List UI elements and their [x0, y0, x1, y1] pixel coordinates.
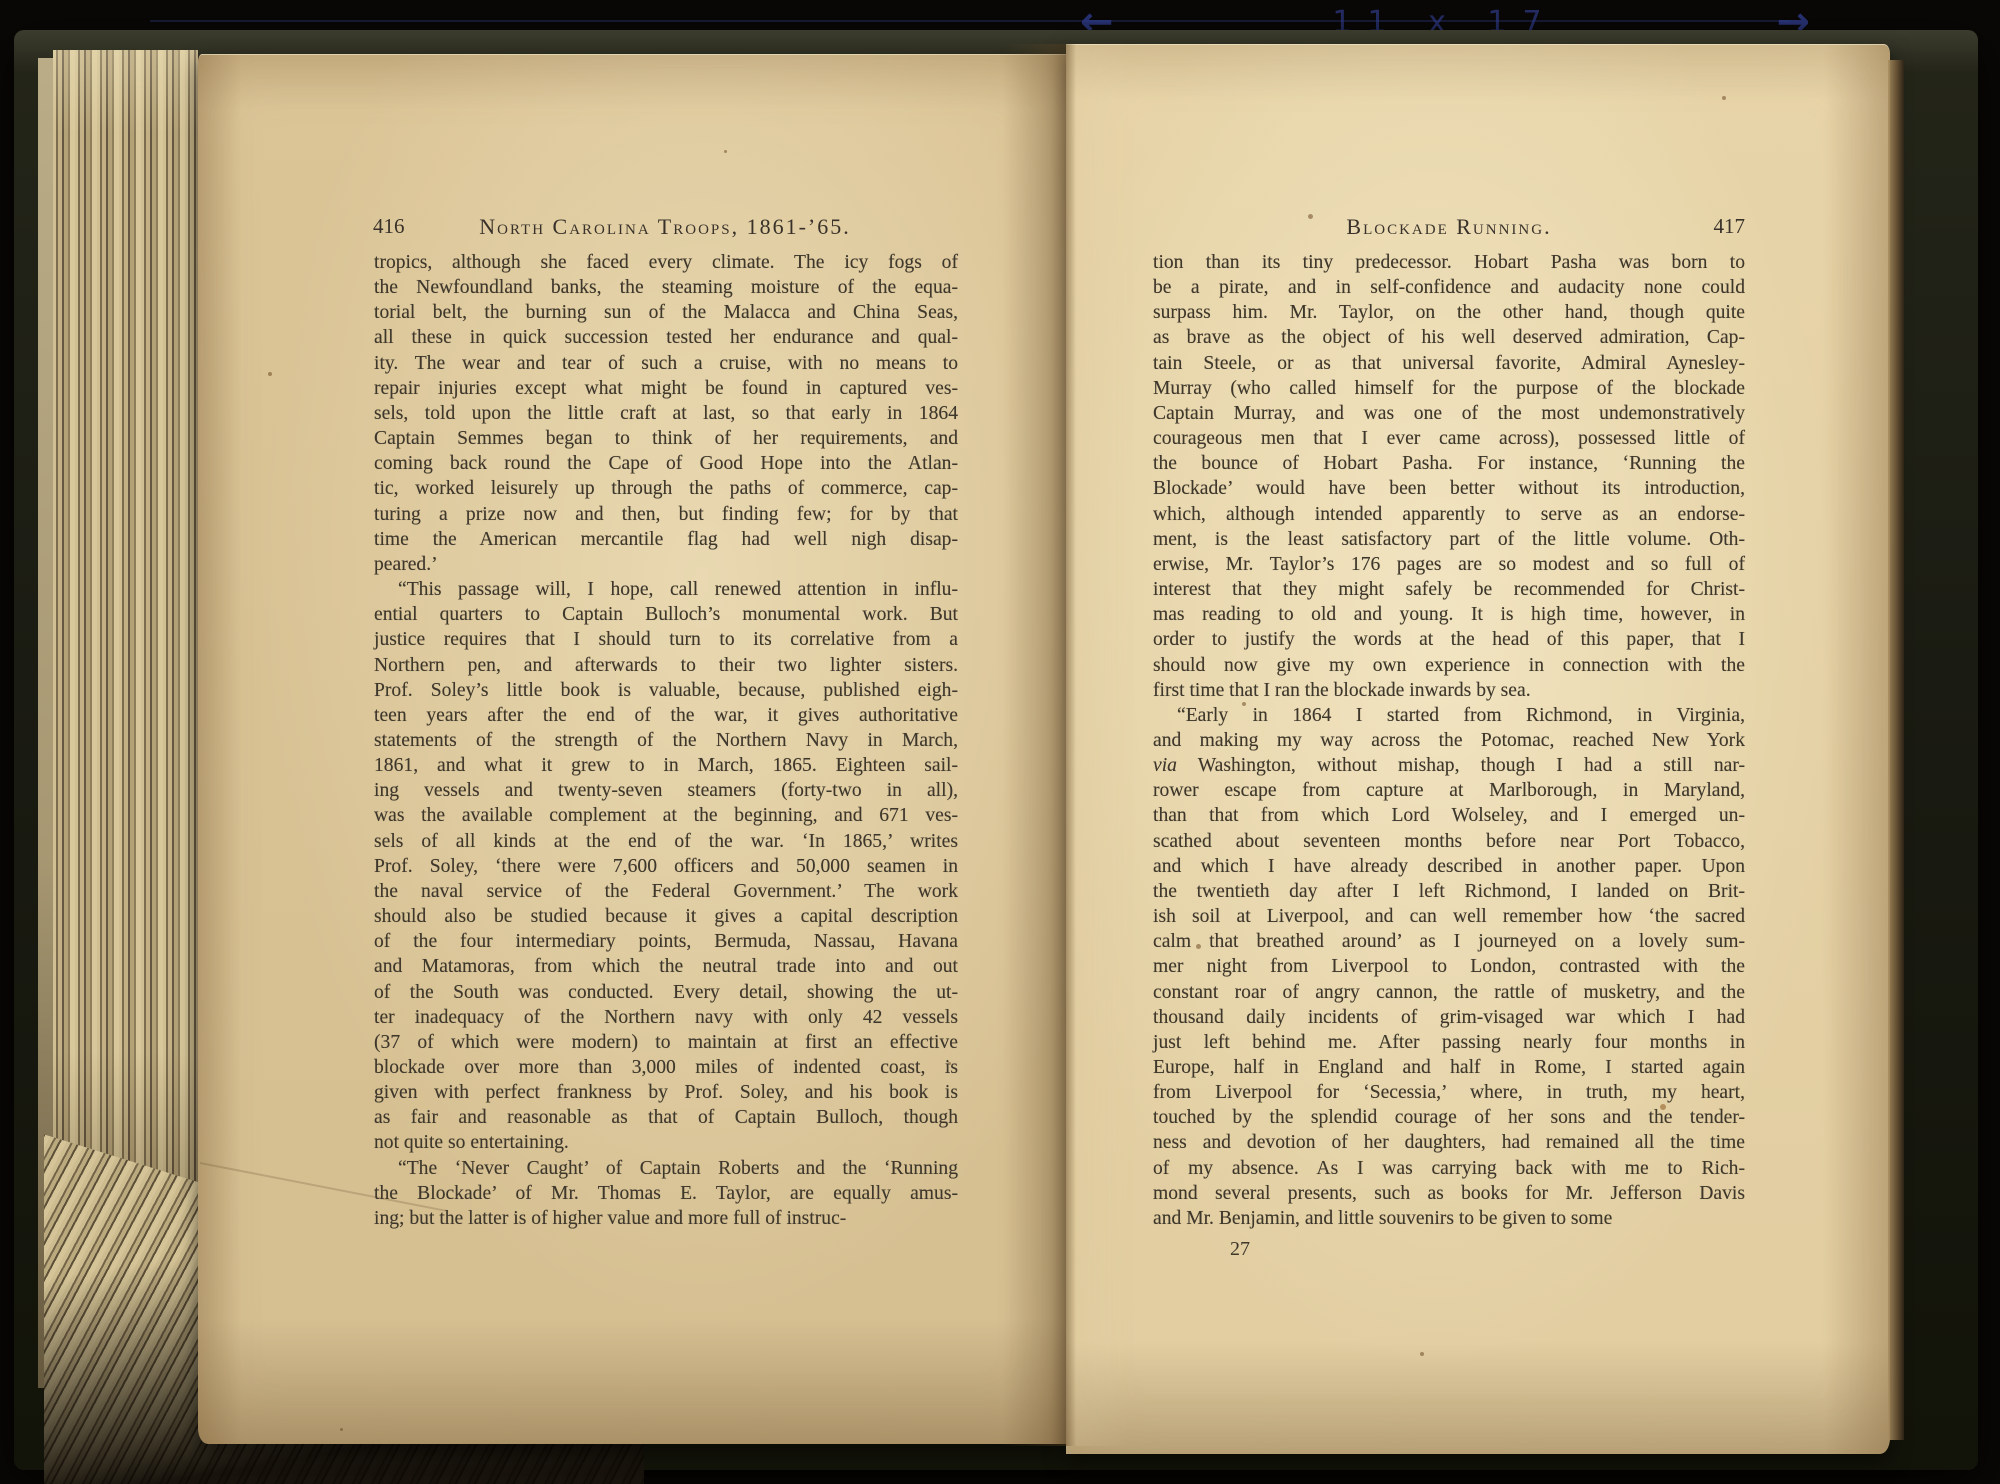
text-line: ment, is the least satisfactory part of … — [1153, 527, 1745, 552]
text-line: all these in quick succession tested her… — [374, 325, 958, 350]
text-line: Blockade’ would have been better without… — [1153, 476, 1745, 501]
text-line: Prof. Soley, ‘there were 7,600 officers … — [374, 854, 958, 879]
page-edge-right — [1888, 60, 1904, 1440]
text-line: 1861, and what it grew to in March, 1865… — [374, 753, 958, 778]
text-line: of the four intermediary points, Bermuda… — [374, 929, 958, 954]
text-line: tain Steele, or as that universal favori… — [1153, 351, 1745, 376]
text-line: the twentieth day after I left Richmond,… — [1153, 879, 1745, 904]
text-line: coming back round the Cape of Good Hope … — [374, 451, 958, 476]
text-line: and which I have already described in an… — [1153, 854, 1745, 879]
text-line: just left behind me. After passing nearl… — [1153, 1030, 1745, 1055]
text-line: “The ‘Never Caught’ of Captain Roberts a… — [374, 1156, 958, 1181]
text-line: “This passage will, I hope, call renewed… — [374, 577, 958, 602]
text-line: blockade over more than 3,000 miles of i… — [374, 1055, 958, 1080]
right-page-header: Blockade Running. 417 — [1153, 214, 1745, 244]
text-line: than that from which Lord Wolseley, and … — [1153, 803, 1745, 828]
text-line: first time that I ran the blockade inwar… — [1153, 678, 1745, 703]
text-line: mond several presents, such as books for… — [1153, 1181, 1745, 1206]
text-line: Europe, half in England and half in Rome… — [1153, 1055, 1745, 1080]
text-line: and Mr. Benjamin, and little souvenirs t… — [1153, 1206, 1745, 1231]
left-page-body: tropics, although she faced every climat… — [374, 250, 958, 1231]
text-line: touched by the splendid courage of her s… — [1153, 1105, 1745, 1130]
text-line: mer night from Liverpool to London, cont… — [1153, 954, 1745, 979]
text-line: the naval service of the Federal Governm… — [374, 879, 958, 904]
text-line: via Washington, without mishap, though I… — [1153, 753, 1745, 778]
text-line: ential quarters to Captain Bulloch’s mon… — [374, 602, 958, 627]
left-running-title: North Carolina Troops, 1861-’65. — [373, 214, 957, 240]
text-line: surpass him. Mr. Taylor, on the other ha… — [1153, 300, 1745, 325]
page-speck — [1420, 1352, 1424, 1356]
text-line: from Liverpool for ‘Secessia,’ where, in… — [1153, 1080, 1745, 1105]
page-speck — [1722, 96, 1726, 100]
text-line: ing vessels and twenty-seven steamers (f… — [374, 778, 958, 803]
text-line: justice requires that I should turn to i… — [374, 627, 958, 652]
text-line: calm that breathed around’ as I journeye… — [1153, 929, 1745, 954]
page-speck — [268, 372, 272, 376]
text-line: ness and devotion of her daughters, had … — [1153, 1130, 1745, 1155]
text-line: torial belt, the burning sun of the Mala… — [374, 300, 958, 325]
text-line: the bounce of Hobart Pasha. For instance… — [1153, 451, 1745, 476]
text-line: Prof. Soley’s little book is valuable, b… — [374, 678, 958, 703]
text-line: teen years after the end of the war, it … — [374, 703, 958, 728]
text-line: was the available complement at the begi… — [374, 803, 958, 828]
text-line: ing; but the latter is of higher value a… — [374, 1206, 958, 1231]
text-line: which, although intended apparently to s… — [1153, 502, 1745, 527]
text-line: should also be studied because it gives … — [374, 904, 958, 929]
text-line: as brave as the object of his well deser… — [1153, 325, 1745, 350]
page-speck — [340, 1428, 343, 1431]
text-line: should now give my own experience in con… — [1153, 653, 1745, 678]
text-line: ity. The wear and tear of such a cruise,… — [374, 351, 958, 376]
text-line: time the American mercantile flag had we… — [374, 527, 958, 552]
book-gutter-shadow — [1002, 44, 1130, 1446]
right-page-number: 417 — [1714, 214, 1746, 239]
text-line: interest that they might safely be recom… — [1153, 577, 1745, 602]
text-line: tion than its tiny predecessor. Hobart P… — [1153, 250, 1745, 275]
text-line: Northern pen, and afterwards to their tw… — [374, 653, 958, 678]
text-line: mas reading to old and young. It is high… — [1153, 602, 1745, 627]
page-speck — [724, 150, 727, 153]
text-line: statements of the strength of the Northe… — [374, 728, 958, 753]
text-line: and Matamoras, from which the neutral tr… — [374, 954, 958, 979]
text-line: the Blockade’ of Mr. Thomas E. Taylor, a… — [374, 1181, 958, 1206]
right-running-title: Blockade Running. — [1153, 214, 1745, 240]
text-line: tropics, although she faced every climat… — [374, 250, 958, 275]
signature-mark: 27 — [1230, 1238, 1250, 1261]
left-page-header: 416 North Carolina Troops, 1861-’65. — [373, 214, 957, 244]
text-line: of my absence. As I was carrying back wi… — [1153, 1156, 1745, 1181]
text-line: courageous men that I ever came across),… — [1153, 426, 1745, 451]
text-line: turing a prize now and then, but finding… — [374, 502, 958, 527]
text-line: “Early in 1864 I started from Richmond, … — [1153, 703, 1745, 728]
text-line: Captain Murray, and was one of the most … — [1153, 401, 1745, 426]
text-line: Murray (who called himself for the purpo… — [1153, 376, 1745, 401]
text-line: order to justify the words at the head o… — [1153, 627, 1745, 652]
text-line: of the South was conducted. Every detail… — [374, 980, 958, 1005]
text-line: peared.’ — [374, 552, 958, 577]
text-line: rower escape from capture at Marlborough… — [1153, 778, 1745, 803]
text-line: thousand daily incidents of grim-visaged… — [1153, 1005, 1745, 1030]
text-line: repair injuries except what might be fou… — [374, 376, 958, 401]
text-line: not quite so entertaining. — [374, 1130, 958, 1155]
text-line: sels of all kinds at the end of the war.… — [374, 829, 958, 854]
text-line: be a pirate, and in self-confidence and … — [1153, 275, 1745, 300]
text-line: erwise, Mr. Taylor’s 176 pages are so mo… — [1153, 552, 1745, 577]
text-line: the Newfoundland banks, the steaming moi… — [374, 275, 958, 300]
left-page-number: 416 — [373, 214, 405, 239]
text-line: and making my way across the Potomac, re… — [1153, 728, 1745, 753]
text-line: constant roar of angry cannon, the rattl… — [1153, 980, 1745, 1005]
text-line: scathed about seventeen months before ne… — [1153, 829, 1745, 854]
right-page-body: tion than its tiny predecessor. Hobart P… — [1153, 250, 1745, 1231]
text-line: (37 of which were modern) to maintain at… — [374, 1030, 958, 1055]
text-line: tic, worked leisurely up through the pat… — [374, 476, 958, 501]
text-line: Captain Semmes began to think of her req… — [374, 426, 958, 451]
text-line: ter inadequacy of the Northern navy with… — [374, 1005, 958, 1030]
text-line: sels, told upon the little craft at last… — [374, 401, 958, 426]
text-line: given with perfect frankness by Prof. So… — [374, 1080, 958, 1105]
text-line: as fair and reasonable as that of Captai… — [374, 1105, 958, 1130]
text-line: ish soil at Liverpool, and can well reme… — [1153, 904, 1745, 929]
